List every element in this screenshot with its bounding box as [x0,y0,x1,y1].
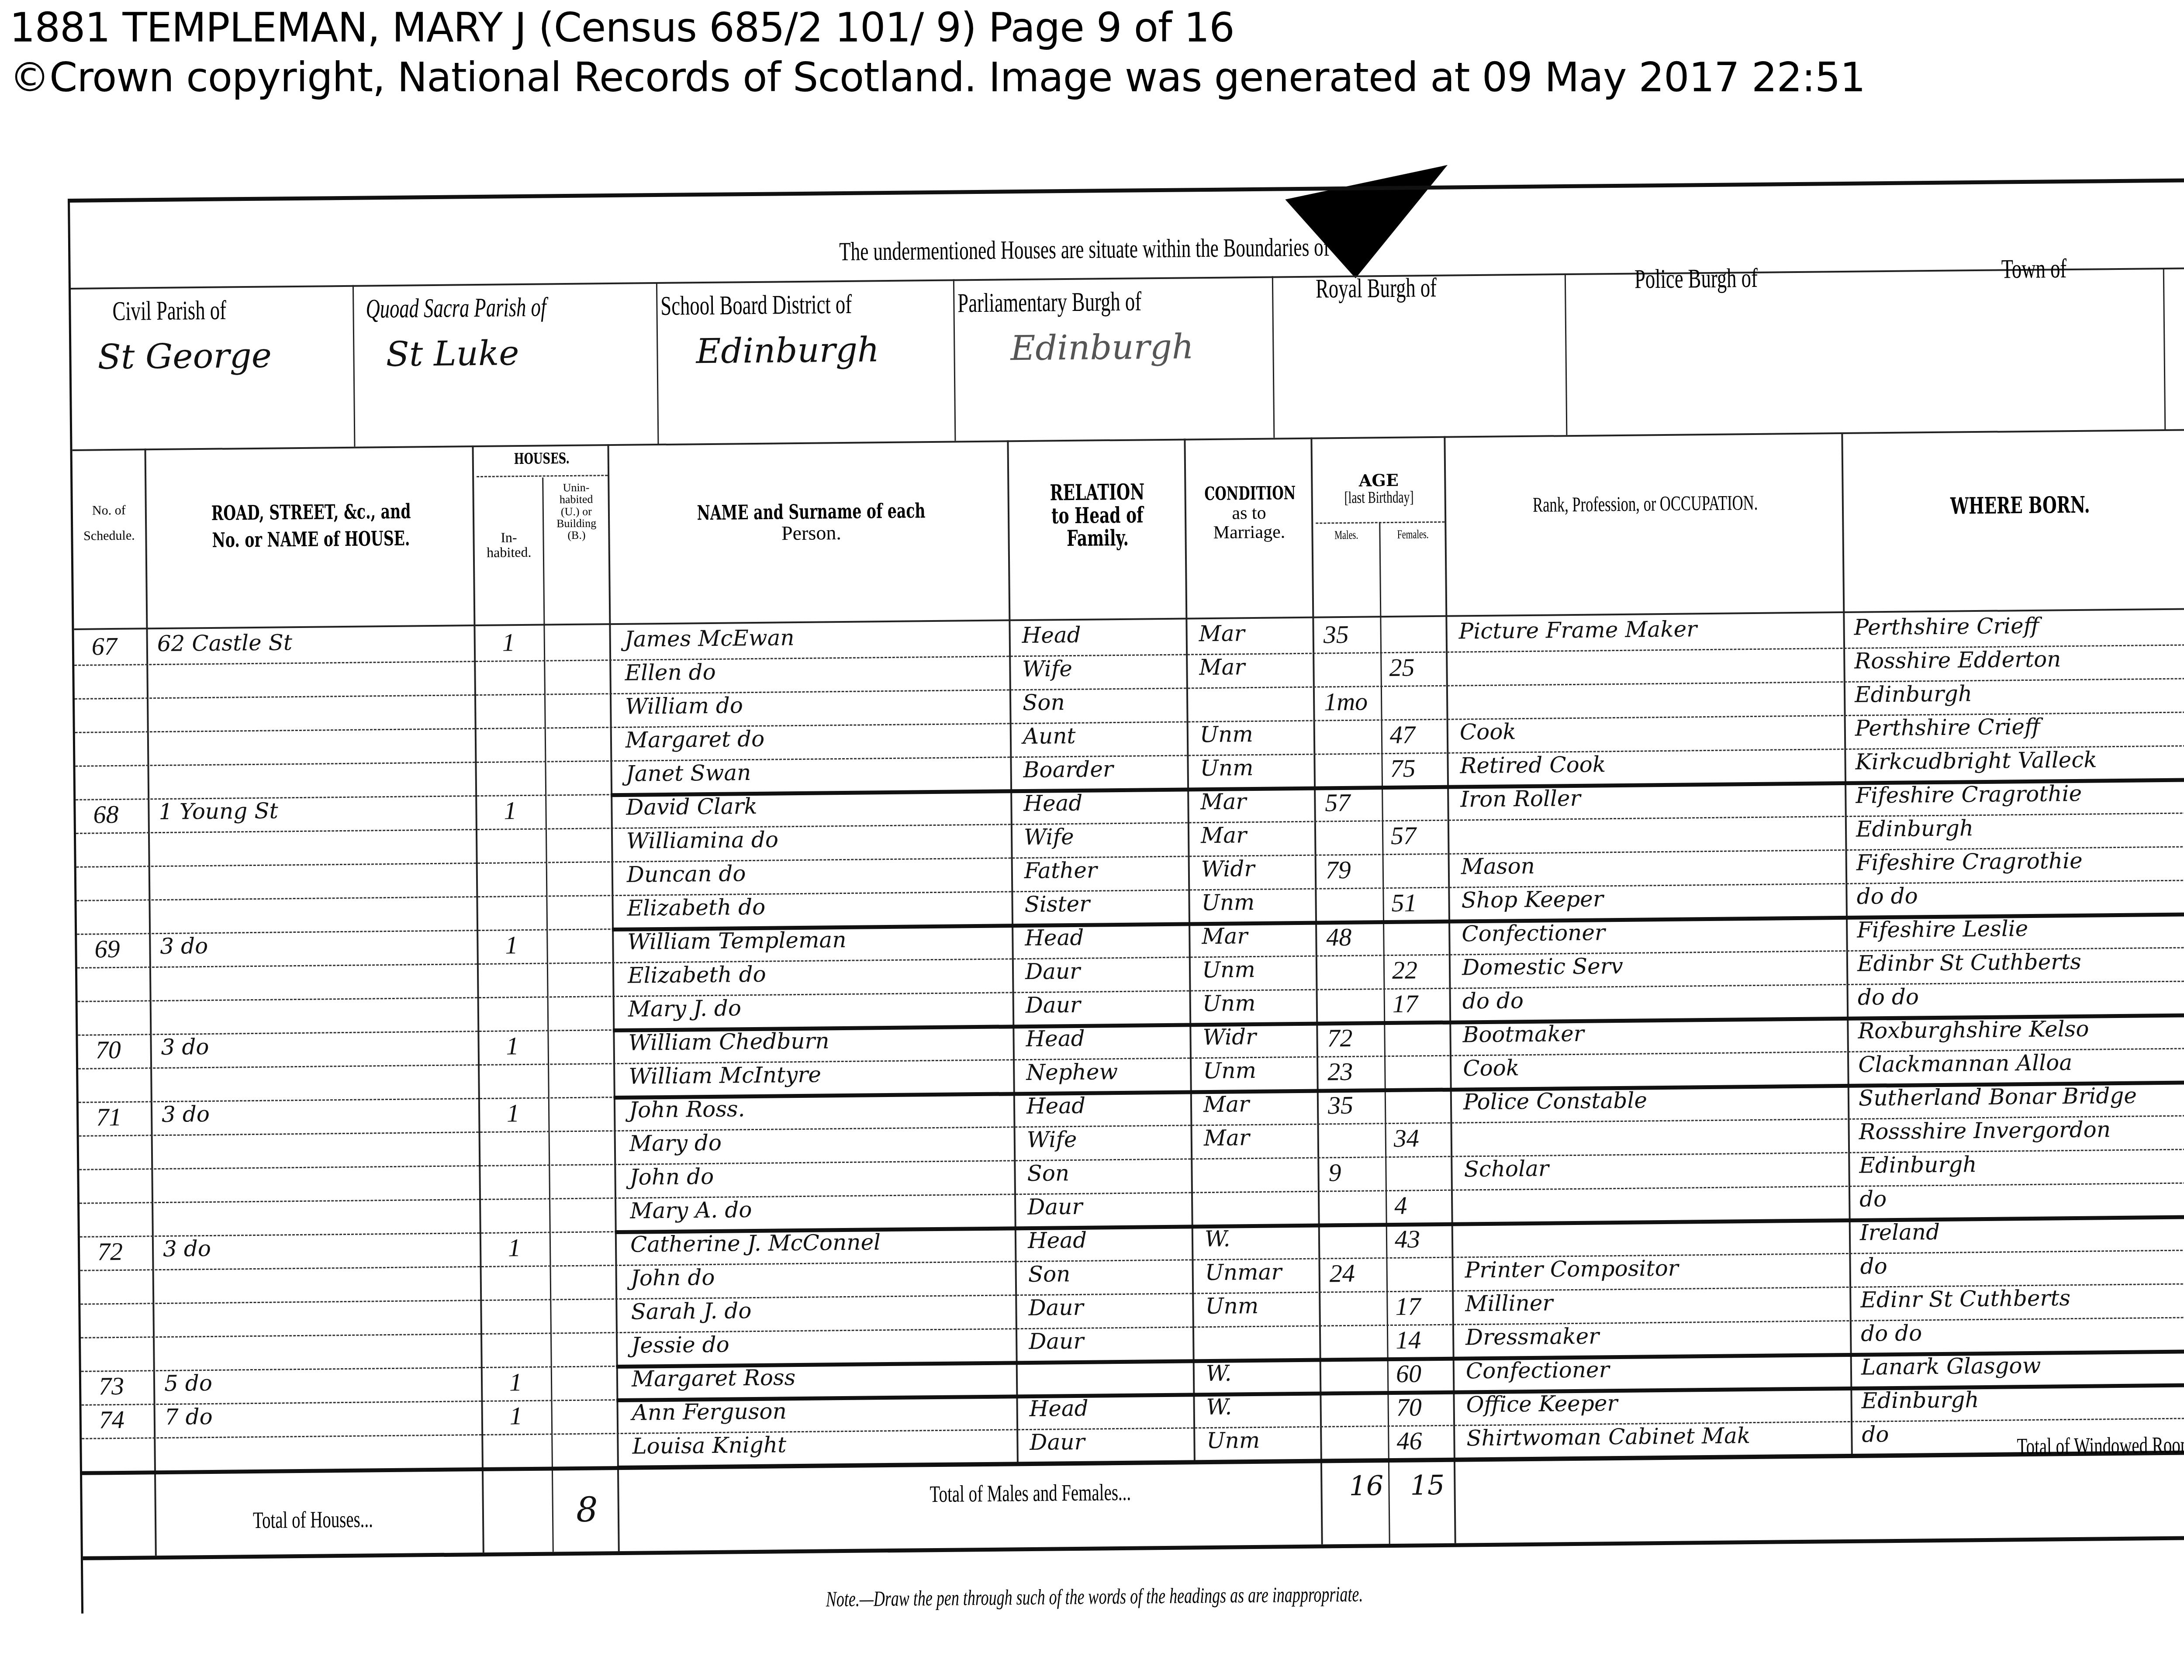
cell-address: 5 do [164,1370,212,1396]
cell-name: Janet Swan [625,760,751,787]
cell-condition: Mar [1199,621,1244,646]
census-rows: 6762 Castle St1James McEwanHeadMar35Pict… [70,179,2184,203]
cell-condition: Widr [1201,856,1255,882]
cell-born: Clackmannan Alloa [1858,1050,2072,1077]
cell-born: do do [1857,984,1919,1010]
cell-name: Mary A. do [630,1197,752,1224]
cell-female-age: 46 [1396,1426,1422,1456]
cell-relation: Son [1023,690,1065,715]
cell-female-age: 70 [1396,1392,1422,1422]
cell-born: Lanark Glasgow [1861,1353,2041,1380]
cell-female-age: 4 [1394,1191,1407,1220]
cell-name: Catherine J. McConnel [630,1229,881,1257]
cell-occupation: Printer Compositor [1465,1256,1678,1283]
cell-condition: Mar [1203,1125,1249,1151]
cell-male-age: 79 [1326,855,1351,885]
col-where-born-header: WHERE BORN. [1846,492,2184,519]
total-rooms-label: Total of Windowed Rooms... [2017,1430,2184,1460]
cell-born: Edinbr St Cuthberts [1857,949,2081,976]
cell-name: William do [625,693,743,719]
cell-relation: Head [1022,622,1081,648]
cell-condition: Unm [1201,890,1254,915]
cell-born: Fifeshire Cragrothie [1856,848,2083,876]
cell-born: Roxburghshire Kelso [1858,1016,2089,1044]
cell-male-age: 48 [1326,922,1352,952]
cell-born: Edinr St Cuthberts [1860,1285,2070,1313]
cell-condition: Widr [1203,1024,1256,1050]
cell-relation: Wife [1022,656,1072,682]
cell-relation: Nephew [1026,1059,1118,1085]
cell-relation: Aunt [1023,723,1076,749]
cell-born: Rosshire Edderton [1854,646,2061,674]
cell-name: Margaret Ross [632,1365,796,1392]
cell-male-age: 57 [1325,788,1351,818]
cell-occupation: Scholar [1464,1156,1549,1182]
footer-note: Note.—Draw the pen through such of the w… [826,1579,1572,1611]
cell-condition: Mar [1200,789,1246,814]
cell-born: Edinburgh [1861,1387,1979,1414]
district-royal-burgh-label: Royal Burgh of [1316,272,1484,305]
cell-relation: Son [1027,1160,1069,1186]
cell-condition: Unm [1202,957,1255,983]
cell-relation: Daur [1027,1194,1083,1220]
cell-occupation: Shirtwoman Cabinet Mak [1466,1423,1750,1451]
cell-schedule: 73 [99,1371,124,1401]
col-females-header: Females. [1381,528,1444,542]
cell-male-age: 9 [1328,1158,1341,1187]
cell-occupation: Bootmaker [1462,1021,1584,1048]
cell-male-age: 72 [1327,1023,1353,1053]
total-females-value: 15 [1410,1469,1445,1501]
cell-name: John Ross. [629,1096,745,1123]
col-houses-header: HOUSES. [477,451,608,468]
cell-relation: Father [1024,857,1097,883]
cell-address: 1 Young St [159,798,278,824]
cell-name: Louisa Knight [632,1432,786,1459]
cell-female-age: 51 [1391,888,1417,918]
cell-relation: Head [1026,1093,1086,1119]
census-sheet: Page 9 The undermentioned Houses are sit… [68,176,2184,1614]
cell-relation: Head [1023,790,1083,816]
image-caption-title: 1881 TEMPLEMAN, MARY J (Census 685/2 101… [10,8,1234,48]
col-condition-header: CONDITIONas toMarriage. [1186,483,1311,543]
cell-born: Kirkcudbright Valleck [1855,747,2097,774]
cell-name: Ellen do [625,659,716,686]
cell-female-age: 17 [1393,989,1418,1018]
cell-condition: Mar [1201,822,1247,848]
cell-female-age: 47 [1390,720,1416,749]
cell-female-age: 25 [1389,652,1415,682]
total-houses-value: 8 [576,1490,598,1529]
col-schedule-header: No. ofSchedule. [73,503,145,543]
cell-inhabited: 1 [508,1233,521,1262]
cell-relation: Head [1029,1396,1089,1421]
cell-condition: W. [1206,1394,1232,1420]
cell-female-age: 14 [1396,1325,1421,1355]
cell-born: Perthshire Crieff [1855,714,2040,741]
cell-name: Ann Ferguson [632,1398,787,1425]
cell-occupation: Iron Roller [1460,786,1581,812]
cell-female-age: 17 [1395,1291,1421,1321]
cell-born: Edinburgh [1856,815,1974,842]
cell-condition: Unm [1203,1058,1256,1083]
cell-relation: Wife [1027,1127,1077,1152]
cell-relation: Head [1026,1026,1085,1052]
cell-name: Duncan do [627,861,746,887]
cell-inhabited: 1 [509,1367,522,1397]
cell-relation: Daur [1028,1295,1084,1321]
cell-schedule: 72 [97,1237,123,1266]
cell-name: Williamina do [626,827,778,853]
cell-born: do [1862,1421,1889,1447]
cell-name: David Clark [626,793,757,820]
cell-name: Sarah J. do [631,1298,751,1325]
cell-relation: Daur [1026,992,1081,1018]
cell-occupation: Shop Keeper [1461,886,1603,913]
cell-occupation: Cook [1460,719,1516,745]
cell-male-age: 23 [1327,1057,1353,1087]
cell-name: William Chedburn [628,1028,829,1055]
col-relation-header: RELATIONto Head ofFamily. [1009,480,1185,550]
cell-occupation: Dressmaker [1465,1323,1599,1350]
cell-born: do [1860,1253,1887,1279]
cell-occupation: Domestic Serv [1462,953,1623,980]
cell-schedule: 70 [95,1035,121,1065]
cell-name: Margaret do [625,726,765,753]
cell-male-age: 35 [1323,620,1349,649]
cell-occupation: Cook [1463,1055,1519,1081]
cell-inhabited: 1 [504,796,517,825]
district-quoad-sacra-label: Quoad Sacra Parish of [366,291,616,325]
cell-address: 62 Castle St [157,630,293,656]
district-police-burgh-label: Police Burgh of [1635,262,1806,295]
cell-inhabited: 1 [506,1031,519,1060]
cell-occupation: Police Constable [1463,1087,1647,1114]
cell-condition: Unm [1205,1293,1258,1319]
cell-schedule: 67 [92,631,117,661]
cell-relation: Daur [1025,959,1081,984]
cell-occupation: Retired Cook [1460,752,1606,778]
image-caption-copyright: ©Crown copyright, National Records of Sc… [10,58,1865,98]
col-occupation-header: Rank, Profession, or OCCUPATION. [1449,491,1842,517]
cell-female-age: 75 [1390,753,1416,783]
cell-condition: Mar [1203,1091,1249,1117]
cell-relation: Sister [1024,891,1090,917]
cell-condition: Mar [1202,923,1248,949]
cell-born: Sutherland Bonar Bridge [1859,1083,2137,1111]
col-males-header: Males. [1313,528,1379,542]
cell-born: Rossshire Invergordon [1859,1117,2111,1145]
district-civil-parish-value: St George [97,336,272,377]
district-school-board-value: Edinburgh [696,330,880,371]
cell-born: Fifeshire Leslie [1857,916,2028,943]
total-houses-label: Total of Houses... [253,1505,420,1534]
cell-condition: Unm [1200,721,1253,747]
cell-name: Mary do [629,1130,722,1156]
cell-schedule: 74 [99,1405,125,1435]
district-civil-parish-label: Civil Parish of [112,295,270,327]
cell-occupation: Picture Frame Maker [1458,616,1697,644]
cell-name: Elizabeth do [627,894,765,921]
cell-relation: Daur [1030,1429,1085,1455]
cell-occupation: Office Keeper [1466,1390,1617,1417]
cell-female-age: 57 [1391,821,1417,850]
cell-condition: Unmar [1205,1259,1282,1285]
cell-relation: Boarder [1023,756,1113,783]
cell-occupation: Confectioner [1462,920,1605,946]
cell-address: 3 do [161,1034,209,1060]
cell-name: Mary J. do [628,995,742,1021]
district-quoad-sacra-value: St Luke [386,334,519,374]
cell-male-age: 35 [1328,1090,1354,1120]
cell-name: John do [629,1164,714,1190]
cell-female-age: 34 [1393,1123,1419,1153]
cell-name: William McIntyre [629,1062,821,1089]
cell-name: James McEwan [624,625,794,652]
cell-inhabited: 1 [509,1401,522,1430]
cell-schedule: 68 [93,800,119,829]
cell-relation: Daur [1029,1328,1084,1354]
cell-condition: Unm [1200,755,1253,781]
cell-condition: Unm [1206,1428,1260,1453]
cell-inhabited: 1 [505,930,518,959]
cell-born: Fifeshire Cragrothie [1856,781,2082,808]
district-school-board-label: School Board District of [660,288,926,322]
cell-relation: Head [1025,925,1084,951]
cell-born: Edinburgh [1859,1152,1977,1178]
col-inhabited-header: In-habited. [475,530,543,560]
cell-male-age: 1mo [1324,686,1368,716]
cell-occupation: Mason [1461,853,1535,880]
cell-occupation: do do [1462,988,1524,1014]
cell-schedule: 71 [96,1102,122,1132]
col-uninhabited-header: Unin-habited(U.) orBuilding(B.) [544,481,608,542]
district-parliamentary-burgh-label: Parliamentary Burgh of [957,286,1213,319]
cell-schedule: 69 [94,934,120,964]
cell-address: 7 do [165,1404,213,1430]
district-town-label: Town of [2001,253,2092,285]
cell-condition: Unm [1203,990,1256,1016]
col-name-header: NAME and Surname of eachPerson. [615,499,1008,545]
district-parliamentary-burgh-value: Edinburgh [1010,327,1194,368]
cell-relation: Son [1028,1261,1070,1287]
cell-address: 3 do [162,1101,210,1127]
cell-born: Edinburgh [1855,681,1973,707]
boundaries-title: The undermentioned Houses are situate wi… [839,230,1559,267]
cell-born: do do [1861,1320,1922,1346]
cell-relation: Head [1028,1228,1087,1253]
cell-condition: W. [1205,1226,1230,1252]
cell-born: Perthshire Crieff [1854,613,2039,640]
cell-born: do [1859,1186,1887,1212]
cell-relation: Wife [1024,824,1074,850]
cell-male-age: 24 [1329,1259,1355,1288]
col-road-header: ROAD, STREET, &c., andNo. or NAME of HOU… [149,500,473,552]
cell-condition: W. [1206,1361,1232,1387]
cell-name: Jessie do [631,1332,729,1358]
total-persons-label: Total of Males and Females... [930,1478,1209,1508]
cell-name: William Templeman [627,927,847,955]
total-males-value: 16 [1349,1470,1384,1502]
cell-female-age: 43 [1395,1224,1420,1254]
cell-inhabited: 1 [507,1098,520,1128]
cell-occupation: Confectioner [1466,1357,1610,1383]
cell-name: Elizabeth do [628,962,766,988]
cell-name: John do [631,1265,715,1291]
cell-born: do do [1856,883,1918,909]
cell-condition: Mar [1199,654,1245,680]
col-age-header: AGE[last Birthday] [1313,471,1444,507]
cell-occupation: Milliner [1465,1290,1553,1316]
cell-born: Ireland [1860,1219,1940,1245]
cell-address: 3 do [160,933,208,959]
cell-inhabited: 1 [502,628,515,657]
cell-address: 3 do [163,1236,211,1262]
cell-female-age: 22 [1392,955,1418,985]
cell-female-age: 60 [1396,1359,1422,1388]
